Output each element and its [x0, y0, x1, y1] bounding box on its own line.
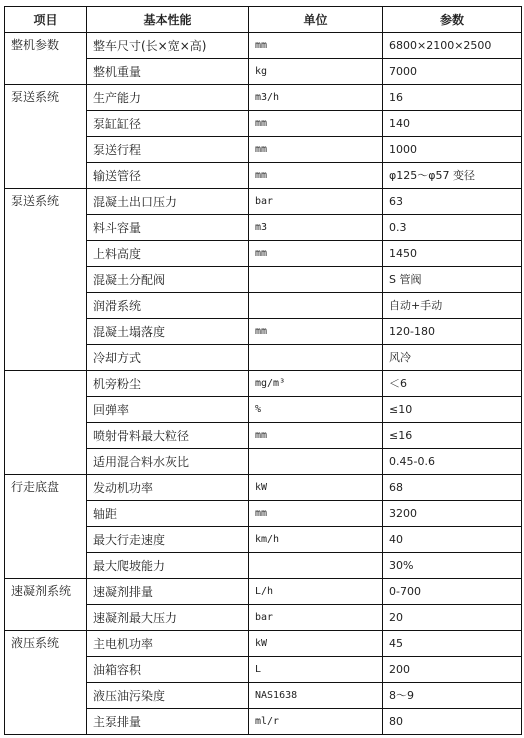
unit-cell: mm	[249, 33, 383, 59]
unit-cell: bar	[249, 605, 383, 631]
property-cell: 最大爬坡能力	[87, 553, 249, 579]
property-cell: 输送管径	[87, 163, 249, 189]
table-row: 整机参数整车尺寸(长×宽×高)mm6800×2100×2500	[5, 33, 522, 59]
unit-cell: mm	[249, 137, 383, 163]
property-cell: 速凝剂最大压力	[87, 605, 249, 631]
value-cell: 1450	[383, 241, 522, 267]
property-cell: 液压油污染度	[87, 683, 249, 709]
header-value: 参数	[383, 7, 522, 33]
property-cell: 泵送行程	[87, 137, 249, 163]
property-cell: 喷射骨料最大粒径	[87, 423, 249, 449]
property-cell: 机旁粉尘	[87, 371, 249, 397]
table-row: 行走底盘发动机功率kW68	[5, 475, 522, 501]
value-cell: 0-700	[383, 579, 522, 605]
property-cell: 生产能力	[87, 85, 249, 111]
property-cell: 料斗容量	[87, 215, 249, 241]
value-cell: 8～9	[383, 683, 522, 709]
property-cell: 混凝土分配阀	[87, 267, 249, 293]
value-cell: ≤10	[383, 397, 522, 423]
value-cell: 68	[383, 475, 522, 501]
value-cell: 自动+手动	[383, 293, 522, 319]
table-row: 泵送系统混凝土出口压力bar63	[5, 189, 522, 215]
unit-cell: mm	[249, 501, 383, 527]
property-cell: 润滑系统	[87, 293, 249, 319]
header-item: 项目	[5, 7, 87, 33]
unit-cell: m3/h	[249, 85, 383, 111]
unit-cell	[249, 267, 383, 293]
group-label: 泵送系统	[5, 189, 87, 371]
value-cell: 120-180	[383, 319, 522, 345]
property-cell: 发动机功率	[87, 475, 249, 501]
property-cell: 主电机功率	[87, 631, 249, 657]
table-row: 液压系统主电机功率kW45	[5, 631, 522, 657]
property-cell: 主泵排量	[87, 709, 249, 735]
unit-cell: mm	[249, 241, 383, 267]
unit-cell: ml/r	[249, 709, 383, 735]
unit-cell	[249, 553, 383, 579]
value-cell: φ125～φ57 变径	[383, 163, 522, 189]
value-cell: 风冷	[383, 345, 522, 371]
property-cell: 回弹率	[87, 397, 249, 423]
value-cell: 20	[383, 605, 522, 631]
value-cell: 45	[383, 631, 522, 657]
unit-cell: mg/m³	[249, 371, 383, 397]
header-unit: 单位	[249, 7, 383, 33]
group-label: 行走底盘	[5, 475, 87, 579]
property-cell: 整机重量	[87, 59, 249, 85]
group-label	[5, 371, 87, 475]
value-cell: 16	[383, 85, 522, 111]
value-cell: 3200	[383, 501, 522, 527]
unit-cell: mm	[249, 111, 383, 137]
value-cell: ＜6	[383, 371, 522, 397]
property-cell: 整车尺寸(长×宽×高)	[87, 33, 249, 59]
value-cell: 7000	[383, 59, 522, 85]
value-cell: 40	[383, 527, 522, 553]
property-cell: 适用混合料水灰比	[87, 449, 249, 475]
header-property: 基本性能	[87, 7, 249, 33]
value-cell: 30%	[383, 553, 522, 579]
group-label: 液压系统	[5, 631, 87, 735]
table-body: 整机参数整车尺寸(长×宽×高)mm6800×2100×2500整机重量kg700…	[5, 33, 522, 735]
value-cell: 63	[383, 189, 522, 215]
property-cell: 混凝土出口压力	[87, 189, 249, 215]
property-cell: 混凝土塌落度	[87, 319, 249, 345]
spec-table: 项目 基本性能 单位 参数 整机参数整车尺寸(长×宽×高)mm6800×2100…	[4, 6, 522, 735]
unit-cell: kW	[249, 475, 383, 501]
unit-cell: L	[249, 657, 383, 683]
property-cell: 油箱容积	[87, 657, 249, 683]
value-cell: 140	[383, 111, 522, 137]
value-cell: ≤16	[383, 423, 522, 449]
value-cell: 6800×2100×2500	[383, 33, 522, 59]
property-cell: 速凝剂排量	[87, 579, 249, 605]
group-label: 泵送系统	[5, 85, 87, 189]
value-cell: 0.3	[383, 215, 522, 241]
unit-cell: %	[249, 397, 383, 423]
table-row: 机旁粉尘mg/m³＜6	[5, 371, 522, 397]
property-cell: 上料高度	[87, 241, 249, 267]
unit-cell	[249, 293, 383, 319]
unit-cell: mm	[249, 163, 383, 189]
unit-cell: km/h	[249, 527, 383, 553]
unit-cell: NAS1638	[249, 683, 383, 709]
unit-cell: mm	[249, 423, 383, 449]
property-cell: 泵缸缸径	[87, 111, 249, 137]
unit-cell	[249, 449, 383, 475]
unit-cell: m3	[249, 215, 383, 241]
header-row: 项目 基本性能 单位 参数	[5, 7, 522, 33]
property-cell: 最大行走速度	[87, 527, 249, 553]
group-label: 整机参数	[5, 33, 87, 85]
table-row: 速凝剂系统速凝剂排量L/h0-700	[5, 579, 522, 605]
unit-cell	[249, 345, 383, 371]
table-row: 泵送系统生产能力m3/h16	[5, 85, 522, 111]
value-cell: 200	[383, 657, 522, 683]
property-cell: 轴距	[87, 501, 249, 527]
unit-cell: kg	[249, 59, 383, 85]
property-cell: 冷却方式	[87, 345, 249, 371]
group-label: 速凝剂系统	[5, 579, 87, 631]
unit-cell: bar	[249, 189, 383, 215]
unit-cell: L/h	[249, 579, 383, 605]
value-cell: S 管阀	[383, 267, 522, 293]
value-cell: 0.45-0.6	[383, 449, 522, 475]
unit-cell: kW	[249, 631, 383, 657]
unit-cell: mm	[249, 319, 383, 345]
value-cell: 80	[383, 709, 522, 735]
value-cell: 1000	[383, 137, 522, 163]
